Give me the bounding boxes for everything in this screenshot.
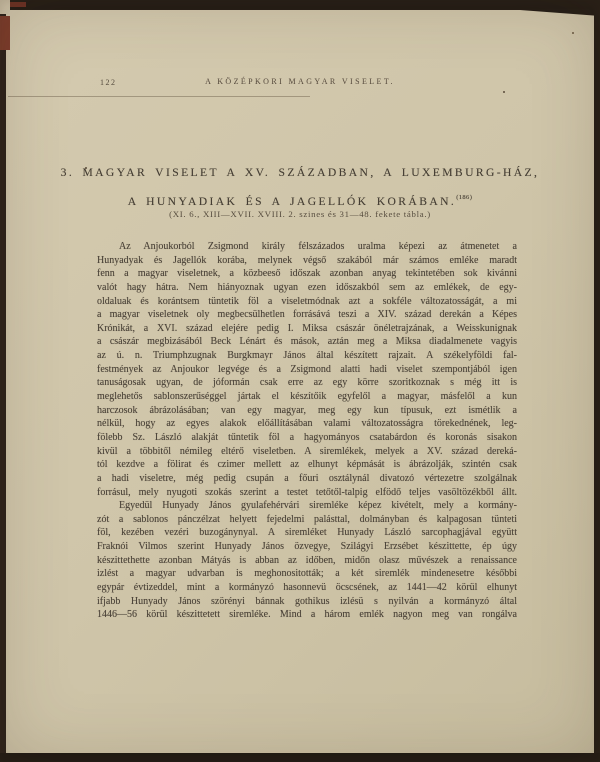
text-line: az ú. n. Triumphzugnak Burgkmayr János á… [97,349,517,363]
scan-red-mark [10,2,26,7]
chapter-heading-line1: 3. MAGYAR VISELET A XV. SZÁZADBAN, A LUX… [55,160,545,185]
text-line: 1446—56 körül készittetett siremléke. Mi… [97,608,517,622]
scan-edge-right [594,0,600,762]
scan-edge-top [10,0,600,10]
scan-fold-line [8,96,310,97]
text-line: Egyedül Hunyady János gyulafehérvári sir… [97,499,517,513]
body-paragraph: Egyedül Hunyady János gyulafehérvári sir… [97,499,517,622]
text-line: forrásul, mely nyugoti szokás szerint a … [97,486,517,500]
text-line: tanuságosak ugyan, de jóformán csak erre… [97,376,517,390]
body-text: Az Anjoukorból Zsigmond király félszázad… [97,240,517,622]
text-line: fenn a magyar viseletnek, a közbeeső idő… [97,267,517,281]
text-line: kivül a többitől némileg eltérő viseletb… [97,445,517,459]
book-page-scan: 122 A KÖZÉPKORI MAGYAR VISELET. 3. MAGYA… [0,0,600,762]
chapter-heading: 3. MAGYAR VISELET A XV. SZÁZADBAN, A LUX… [55,160,545,214]
text-line: nélkül, hogy az egyes alakok előállításá… [97,417,517,431]
text-line: Krónikát, a XVI. század elejére pedig I.… [97,322,517,336]
text-line: festmények az Anjoukor legvége és a Zsig… [97,363,517,377]
text-line: meglehetős sablonszerűséggel jártak el k… [97,390,517,404]
text-line: Az Anjoukorból Zsigmond király félszázad… [97,240,517,254]
running-header: A KÖZÉPKORI MAGYAR VISELET. [0,77,600,86]
text-line: valót hagy hátra. Nem hiányoznak ugyan e… [97,281,517,295]
text-line: készittethette azonban Mátyás is abban a… [97,554,517,568]
text-line: ifjabb Hunyady János szörényi bánnak got… [97,595,517,609]
text-line: Fraknói Vilmos szerint Hunyady János özv… [97,540,517,554]
scan-speck [503,91,505,93]
plates-note: (XI. 6., XIII—XVII. XVIII. 2. szines és … [0,209,600,219]
text-line: a császár megbizásából Beck Lénárt és má… [97,335,517,349]
text-line: oldaluak és korántsem tüntetik föl a vis… [97,295,517,309]
text-line: egypár évtizeddel, mint a kormányzó haso… [97,581,517,595]
text-line: zót a sablonos pánczélzat helyett fejede… [97,513,517,527]
text-line: izlést a magyar udvarban is meghonositot… [97,567,517,581]
scan-edge-left [0,14,6,762]
footnote-reference: (186) [456,194,472,201]
text-line: a magyar viseletnek oly megbecsülhetlen … [97,308,517,322]
body-paragraph: Az Anjoukorból Zsigmond király félszázad… [97,240,517,499]
text-line: tól kezdve a fölirat és czimer mellett a… [97,458,517,472]
text-line: harczosok ábrázolásában; van egy magyar,… [97,404,517,418]
text-line: Hunyadyak és Jagellók korába, melynek vé… [97,254,517,268]
scan-speck [572,32,574,34]
text-line: föl, kezében vezéri buzogánynyal. A sire… [97,526,517,540]
scan-edge-bottom [0,753,600,762]
scan-red-mark [0,16,10,50]
text-line: a hadi viseletre, még pedig csupán a főu… [97,472,517,486]
text-line: fölebb Sz. László alakját tűntetik föl a… [97,431,517,445]
